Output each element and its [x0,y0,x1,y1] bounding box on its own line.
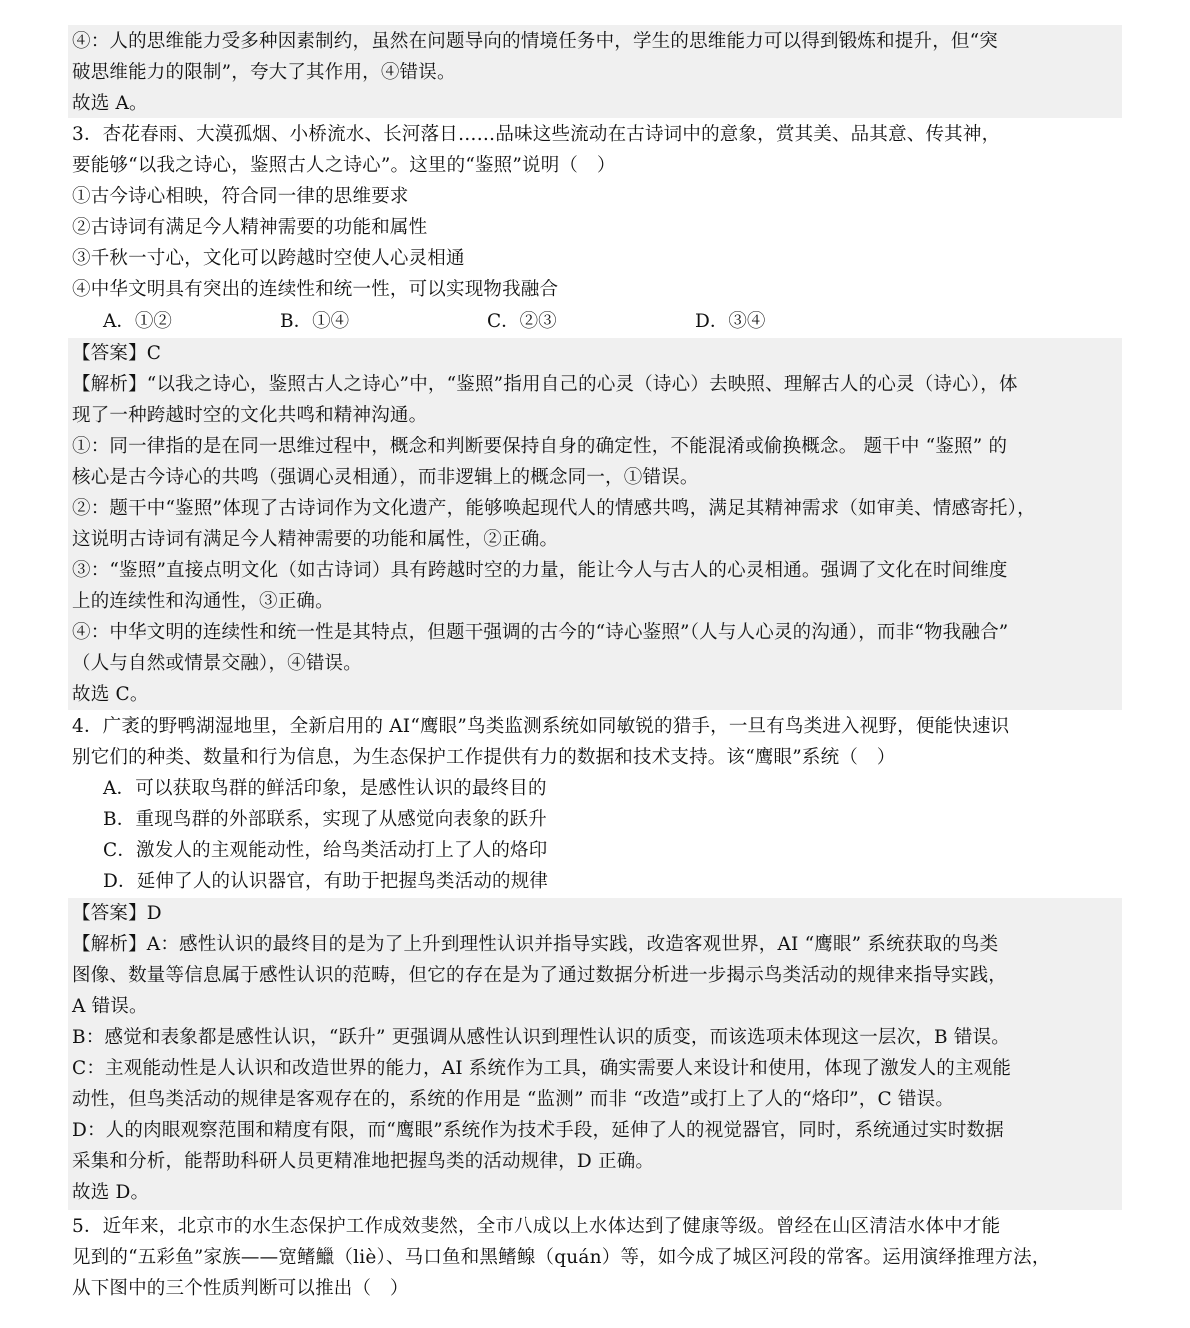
q3-option-c[interactable]: C．②③ [487,306,557,337]
q4-option-a[interactable]: A．可以获取鸟群的鲜活印象，是感性认识的最终目的 [103,773,1149,804]
q4-analysis-line: B：感觉和表象都是感性认识，“跃升” 更强调从感性认识到理性认识的质变，而该选项… [72,1022,1118,1053]
q3-option-b[interactable]: B．①④ [280,306,349,337]
q4-analysis-line: D：人的肉眼观察范围和精度有限，而“鹰眼”系统作为技术手段，延伸了人的视觉器官，… [72,1115,1118,1146]
q3-options: A．①② B．①④ C．②③ D．③④ [0,306,1190,337]
q3-statement-1: ①古今诗心相映，符合同一律的思维要求 [72,181,1118,212]
q3-answer: 【答案】C [72,338,1118,369]
q3-analysis-line: 【解析】“以我之诗心，鉴照古人之诗心”中，“鉴照”指用自己的心灵（诗心）去映照、… [72,369,1118,400]
q4-answer: 【答案】D [72,898,1118,929]
q4-conclusion: 故选 D。 [72,1177,1118,1208]
q4-analysis-line: 采集和分析，能帮助科研人员更精准地把握鸟类的活动规律，D 正确。 [72,1146,1118,1177]
q2-analysis-line: ④：人的思维能力受多种因素制约，虽然在问题导向的情境任务中，学生的思维能力可以得… [72,26,1118,57]
q5-stem: 见到的“五彩鱼”家族——宽鳍鱲（liè）、马口鱼和黑鳍鳈（quán）等，如今成了… [72,1242,1118,1273]
q3-statement-2: ②古诗词有满足今人精神需要的功能和属性 [72,212,1118,243]
q4-analysis-line: 动性，但鸟类活动的规律是客观存在的，系统的作用是 “监测” 而非 “改造”或打上… [72,1084,1118,1115]
q4-option-b[interactable]: B．重现鸟群的外部联系，实现了从感觉向表象的跃升 [103,804,1149,835]
q4-analysis-line: A 错误。 [72,991,1118,1022]
q2-conclusion: 故选 A。 [72,88,1118,119]
q3-option-d[interactable]: D．③④ [695,306,765,337]
q5-stem: 从下图中的三个性质判断可以推出（ ） [72,1273,1118,1304]
q3-conclusion: 故选 C。 [72,679,1118,710]
q3-analysis-line: 核心是古今诗心的共鸣（强调心灵相通），而非逻辑上的概念同一，①错误。 [72,462,1118,493]
q4-stem: 别它们的种类、数量和行为信息，为生态保护工作提供有力的数据和技术支持。该“鹰眼”… [72,742,1118,773]
q3-analysis-line: ④：中华文明的连续性和统一性是其特点，但题干强调的古今的“诗心鉴照”（人与人心灵… [72,617,1118,648]
q3-analysis-line: ③：“鉴照”直接点明文化（如古诗词）具有跨越时空的力量，能让今人与古人的心灵相通… [72,555,1118,586]
q4-analysis-line: 图像、数量等信息属于感性认识的范畴，但它的存在是为了通过数据分析进一步揭示鸟类活… [72,960,1118,991]
q3-analysis-line: 上的连续性和沟通性，③正确。 [72,586,1118,617]
q3-analysis-line: ②：题干中“鉴照”体现了古诗词作为文化遗产，能够唤起现代人的情感共鸣，满足其精神… [72,493,1118,524]
q3-analysis-line: 这说明古诗词有满足今人精神需要的功能和属性，②正确。 [72,524,1118,555]
q4-analysis-line: 【解析】A：感性认识的最终目的是为了上升到理性认识并指导实践，改造客观世界，AI… [72,929,1118,960]
q4-stem: 4．广袤的野鸭湖湿地里，全新启用的 AI“鹰眼”鸟类监测系统如同敏锐的猎手，一旦… [72,711,1118,742]
q2-analysis-line: 破思维能力的限制”，夸大了其作用，④错误。 [72,57,1118,88]
q3-analysis-line: 现了一种跨越时空的文化共鸣和精神沟通。 [72,400,1118,431]
q4-option-c[interactable]: C．激发人的主观能动性，给鸟类活动打上了人的烙印 [103,835,1149,866]
q3-stem: 3．杏花春雨、大漠孤烟、小桥流水、长河落日……品味这些流动在古诗词中的意象，赏其… [72,119,1118,150]
q3-statement-4: ④中华文明具有突出的连续性和统一性，可以实现物我融合 [72,274,1118,305]
q3-analysis-line: （人与自然或情景交融），④错误。 [72,648,1118,679]
q3-stem: 要能够“以我之诗心，鉴照古人之诗心”。这里的“鉴照”说明（ ） [72,150,1118,181]
q3-analysis-line: ①：同一律指的是在同一思维过程中，概念和判断要保持自身的确定性，不能混淆或偷换概… [72,431,1118,462]
q5-stem: 5．近年来，北京市的水生态保护工作成效斐然，全市八成以上水体达到了健康等级。曾经… [72,1211,1118,1242]
q4-option-d[interactable]: D．延伸了人的认识器官，有助于把握鸟类活动的规律 [103,866,1149,897]
q3-statement-3: ③千秋一寸心，文化可以跨越时空使人心灵相通 [72,243,1118,274]
q3-option-a[interactable]: A．①② [103,306,172,337]
q4-analysis-line: C：主观能动性是人认识和改造世界的能力，AI 系统作为工具，确实需要人来设计和使… [72,1053,1118,1084]
